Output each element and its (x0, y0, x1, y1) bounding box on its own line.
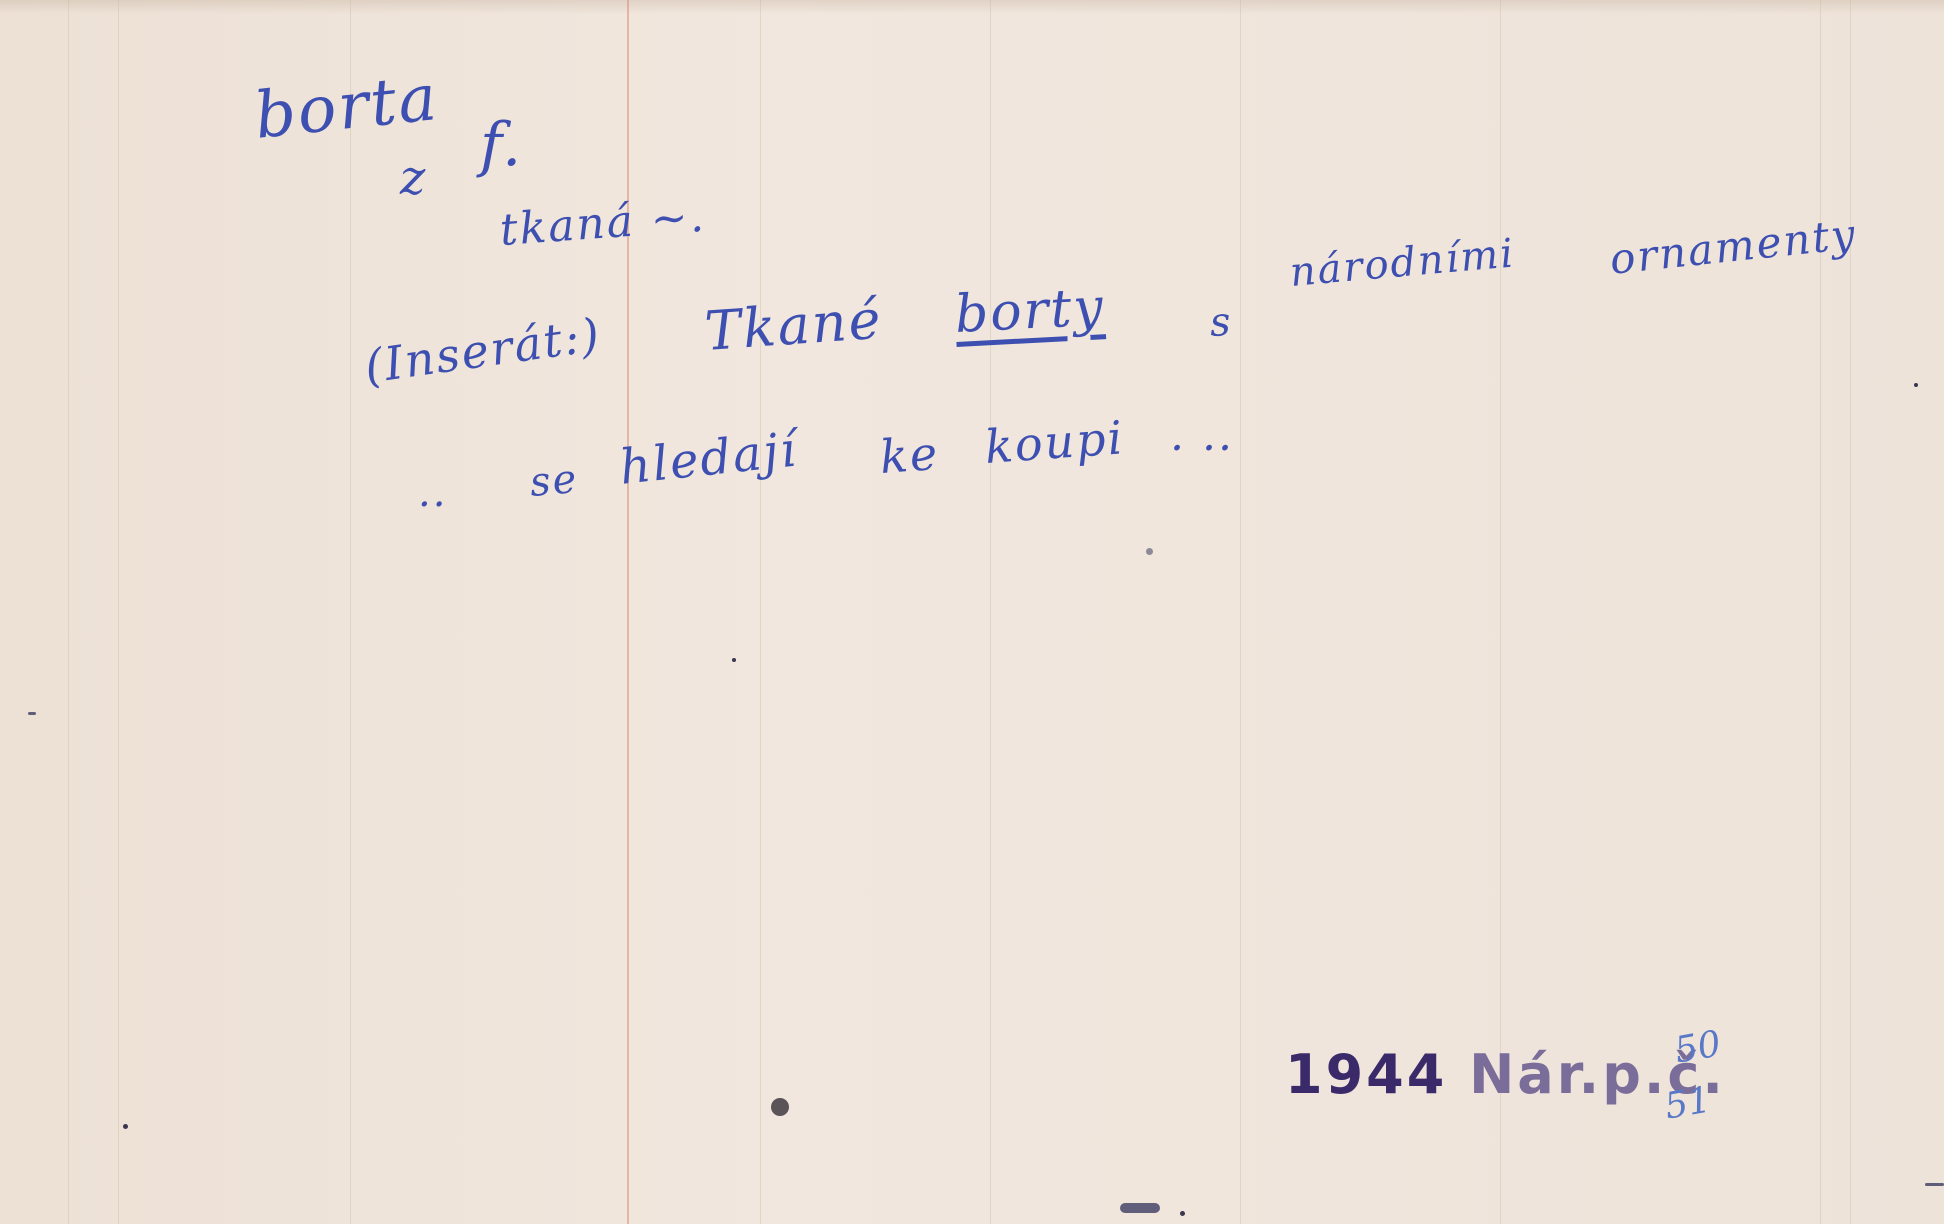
example-word: národními (1288, 230, 1517, 295)
paper-speck (1180, 1211, 1185, 1216)
ruled-line (1500, 0, 1501, 1224)
underlined-headword: borty (953, 277, 1106, 345)
paper-speck (1146, 548, 1153, 555)
example-word: s (1209, 299, 1234, 346)
paper-speck (1914, 383, 1918, 387)
stamp-year: 1944 (1285, 1043, 1447, 1106)
ruled-line (68, 0, 69, 1224)
example-word: Tkané (703, 288, 885, 363)
headword-correction: z (400, 150, 427, 206)
subentry: tkaná ~. (498, 191, 707, 256)
page-number: 50 51 (1675, 1030, 1721, 1122)
ruled-line (350, 0, 351, 1224)
page-denominator: 51 (1652, 1081, 1723, 1128)
paper-speck (123, 1124, 128, 1129)
example-word: hledají (617, 422, 800, 496)
ruled-line (1850, 0, 1851, 1224)
example-word: ornamenty (1607, 209, 1859, 284)
paper-speck (771, 1098, 789, 1116)
gender-label: f. (480, 110, 523, 180)
dictionary-slip: borta z f. tkaná ~. (Inserát:) Tkané bor… (0, 0, 1944, 1224)
ruled-line (118, 0, 119, 1224)
page-numerator: 50 (1672, 1026, 1723, 1069)
example-source-label: (Inserát:) (361, 307, 604, 394)
example-word: se (528, 456, 580, 506)
ruled-line (1820, 0, 1821, 1224)
ruled-line (760, 0, 761, 1224)
ruled-line (990, 0, 991, 1224)
headword: borta (251, 61, 442, 154)
paper-speck (732, 658, 736, 662)
example-ellipsis: . .. (1170, 410, 1234, 461)
margin-line (627, 0, 629, 1224)
ink-smudge (1120, 1203, 1160, 1213)
example-word: koupi (983, 410, 1126, 474)
example-ellipsis: .. (418, 470, 447, 516)
ink-smudge (1925, 1183, 1944, 1186)
headword-text: borta (251, 61, 442, 154)
example-word: ke (878, 426, 941, 484)
ruled-line (1240, 0, 1241, 1224)
ink-smudge (28, 712, 36, 715)
example-word-underlined: borty (953, 277, 1106, 345)
